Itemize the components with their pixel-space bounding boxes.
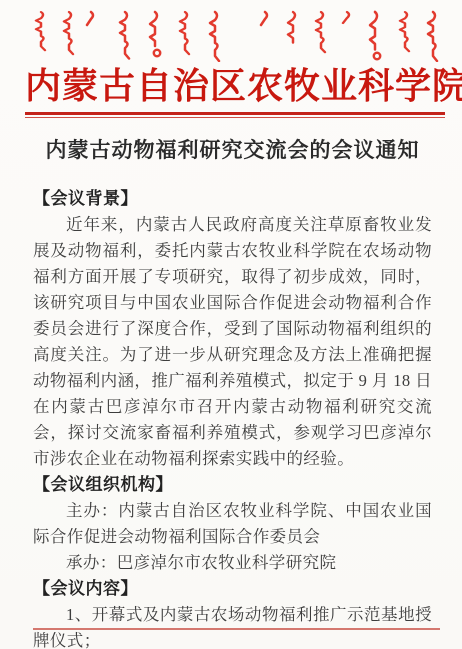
organization-host-line: 主办：内蒙古自治区农牧业科学院、中国农业国际合作促进会动物福利国际合作委员会 — [33, 498, 432, 550]
background-paragraph: 近年来，内蒙古人民政府高度关注草原畜牧业发展及动物福利，委托内蒙古农牧业科学院在… — [33, 212, 432, 472]
masthead: 内蒙古自治区农牧业科学院 — [0, 0, 462, 118]
section-heading-content: 【会议内容】 — [33, 576, 432, 602]
masthead-rule-thin — [25, 117, 445, 118]
notice-body: 内蒙古动物福利研究交流会的会议通知 【会议背景】 近年来，内蒙古人民政府高度关注… — [0, 136, 462, 649]
footer-rule — [33, 628, 440, 630]
masthead-rule-thick — [25, 112, 445, 115]
section-heading-organization: 【会议组织机构】 — [33, 472, 432, 498]
organization-organizer-line: 承办：巴彦淖尔市农牧业科学研究院 — [33, 550, 432, 576]
scanned-notice-page: 内蒙古自治区农牧业科学院 内蒙古动物福利研究交流会的会议通知 【会议背景】 近年… — [0, 0, 462, 649]
mongolian-script-decoration — [29, 8, 441, 62]
section-heading-background: 【会议背景】 — [33, 186, 432, 212]
institute-masthead-title: 内蒙古自治区农牧业科学院 — [25, 64, 445, 108]
content-item-1: 1、开幕式及内蒙古农场动物福利推广示范基地授牌仪式； — [33, 602, 432, 649]
notice-title: 内蒙古动物福利研究交流会的会议通知 — [33, 136, 432, 164]
